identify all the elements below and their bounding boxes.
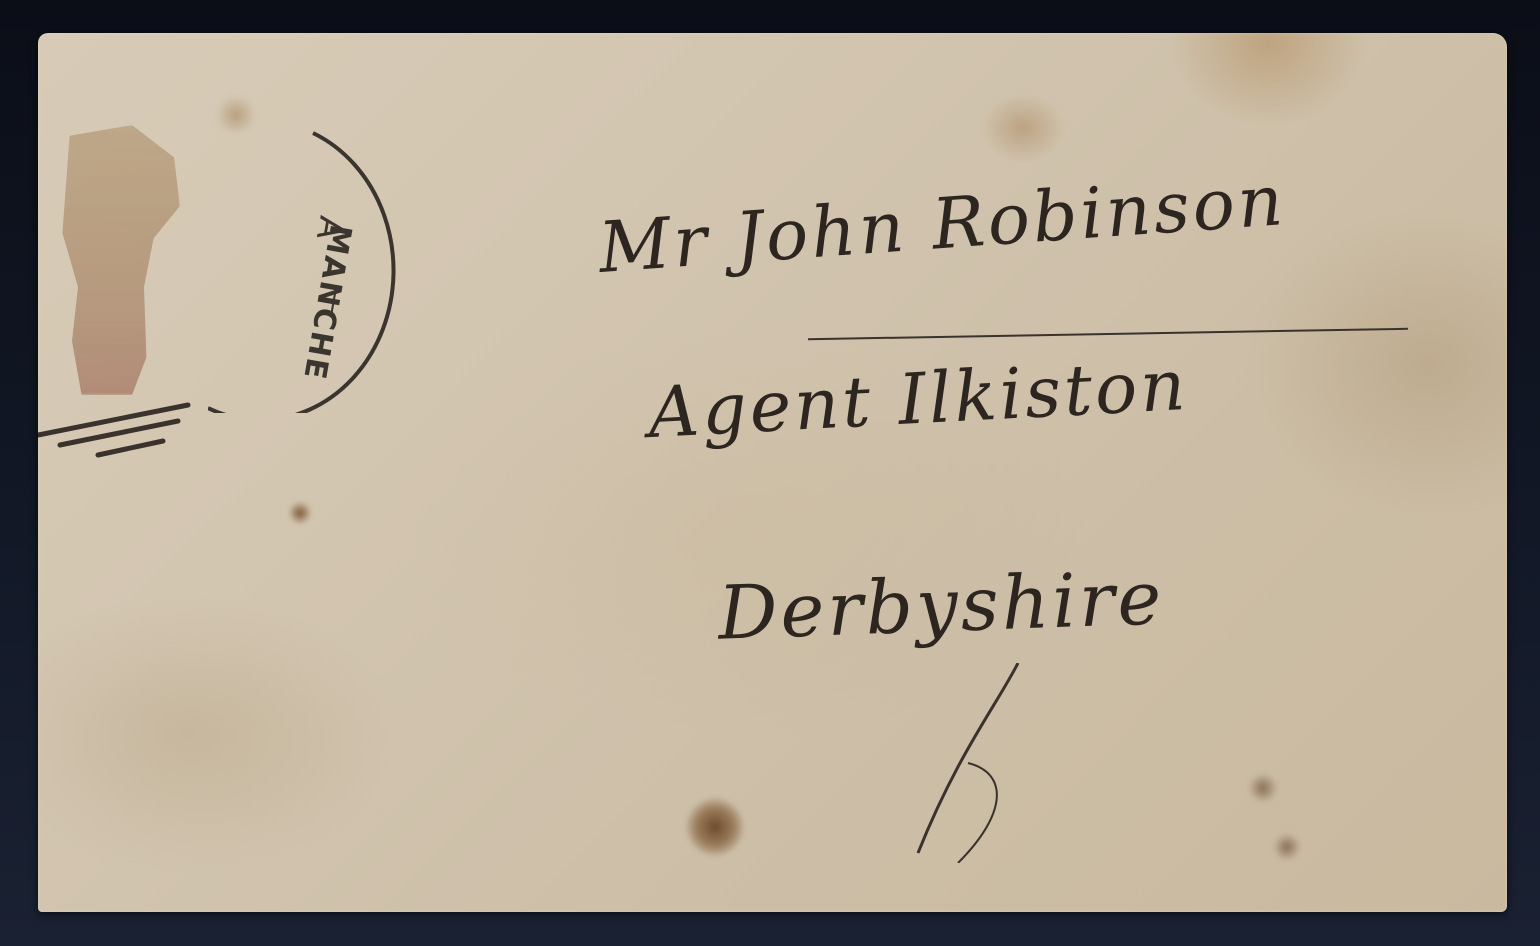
envelope: MANCHE A — Mr John Robinson Agent Ilkist… bbox=[38, 33, 1507, 912]
stain bbox=[1248, 773, 1278, 803]
torn-stamp-remnant bbox=[60, 125, 180, 395]
stain bbox=[1273, 833, 1301, 861]
stain bbox=[288, 501, 312, 525]
address-town: Agent Ilkiston bbox=[646, 344, 1190, 454]
postmark-date: — bbox=[315, 283, 358, 321]
pen-flourish bbox=[898, 663, 1058, 863]
postmark: MANCHE A — bbox=[208, 128, 438, 418]
address-recipient: Mr John Robinson bbox=[596, 159, 1288, 289]
stain bbox=[686, 798, 744, 856]
underline-stroke bbox=[808, 328, 1408, 340]
cancellation-lines bbox=[38, 393, 198, 473]
address-county: Derbyshire bbox=[717, 555, 1166, 657]
